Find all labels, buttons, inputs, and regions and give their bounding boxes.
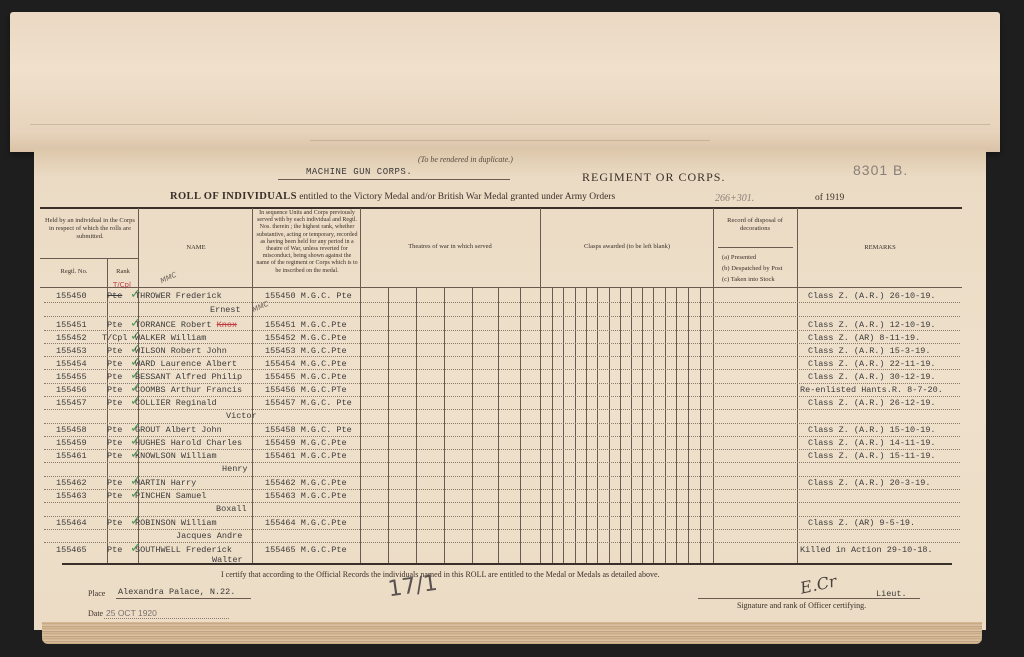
signature-caption: Signature and rank of Officer certifying… — [737, 601, 866, 610]
reference-number: 8301 B. — [853, 162, 908, 178]
units-served: 155455 M.G.C.Pte — [265, 372, 347, 382]
officer-rank: Lieut. — [876, 589, 907, 599]
regtl-no: 155464 — [56, 518, 87, 528]
header-disposal-a: (a) Presented — [722, 254, 756, 262]
table-row: 155459 Pte ✓ HUGHES Harold Charles 15545… — [40, 438, 970, 450]
regtl-no: 155459 — [56, 438, 87, 448]
remarks: Class Z. (A.R.) 30-12-19. — [808, 372, 936, 382]
held-by-subrule — [40, 258, 138, 259]
place-label: Place — [88, 589, 105, 598]
name: COOMBS Arthur Francis — [135, 385, 242, 395]
struck-middle-name: Knox — [217, 320, 237, 330]
table-row: 155461 Pte ✓ KNOWLSON William 155461 M.G… — [40, 451, 970, 463]
units-served: 155463 M.G.C.Pte — [265, 491, 347, 501]
row-guide — [44, 316, 960, 317]
place-underline — [116, 598, 251, 599]
remarks: Class Z. (A.R.) 14-11-19. — [808, 438, 936, 448]
roll-title-rest: entitled to the Victory Medal and/or Bri… — [299, 192, 615, 202]
table-row: 155458 Pte ✓ GROUT Albert John 155458 M.… — [40, 425, 970, 437]
regtl-no: 155452 — [56, 333, 87, 343]
regtl-no: 155463 — [56, 491, 87, 501]
regtl-no: 155461 — [56, 451, 87, 461]
regtl-no: 155457 — [56, 398, 87, 408]
rank: Pte — [107, 320, 122, 330]
roll-title-bold: ROLL OF INDIVIDUALS — [170, 191, 297, 202]
remarks: Class Z. (A.R.) 15-10-19. — [808, 425, 936, 435]
rank: Pte — [107, 291, 122, 301]
regtl-no: 155455 — [56, 372, 87, 382]
table-row: 155457 Pte ✓ COLLIER Reginald 155457 M.G… — [40, 398, 970, 410]
rank-correction-annotation: T/Cpl — [113, 281, 131, 289]
row-guide — [44, 542, 960, 543]
rank: Pte — [107, 372, 122, 382]
regiment-label: REGIMENT OR CORPS. — [582, 170, 725, 185]
header-name: NAME — [140, 244, 252, 252]
rank: Pte — [107, 478, 122, 488]
remarks: Class Z. (A.R.) 15-11-19. — [808, 451, 936, 461]
units-served: 155452 M.G.C.Pte — [265, 333, 347, 343]
header-remarks: REMARKS — [800, 244, 960, 252]
header-rank: Rank — [108, 268, 138, 276]
header-bottom-rule — [40, 287, 962, 288]
rank: Pte — [107, 451, 122, 461]
units-served: 155456 M.G.C.PTe — [265, 385, 347, 395]
name: GROUT Albert John — [135, 425, 222, 435]
units-served: 155450 M.G.C. Pte — [265, 291, 352, 301]
header-disposal-b: (b) Despatched by Post — [722, 265, 782, 273]
table-row: 155454 Pte ✓ WARD Laurence Albert 155454… — [40, 359, 970, 371]
name: COLLIER Reginald — [135, 398, 217, 408]
remarks: Class Z. (A.R.) 22-11-19. — [808, 359, 936, 369]
certification-text: I certify that according to the Official… — [221, 570, 660, 579]
table-top-rule — [40, 207, 962, 209]
row-guide — [44, 423, 960, 424]
name: THROWER Frederick — [135, 291, 222, 301]
regtl-no: 155465 — [56, 545, 87, 555]
header-held-by: Held by an individual in the Corps in re… — [44, 217, 136, 240]
rank: Pte — [107, 425, 122, 435]
remarks: Class Z. (A.R.) 12-10-19. — [808, 320, 936, 330]
units-served: 155461 M.G.C.Pte — [265, 451, 347, 461]
units-served: 155464 M.G.C.Pte — [265, 518, 347, 528]
corps-underline — [278, 179, 510, 180]
table-row: 155463 Pte ✓ PINCHEN Samuel 155463 M.G.C… — [40, 491, 970, 503]
rank: Pte — [107, 346, 122, 356]
rank: Pte — [107, 359, 122, 369]
name-continuation: Boxall — [216, 504, 247, 514]
header-theatres: Theatres of war in which served — [362, 243, 538, 251]
remarks: Class Z. (A.R.) 20-3-19. — [808, 478, 930, 488]
regtl-no: 155450 — [56, 291, 87, 301]
units-served: 155453 M.G.C.Pte — [265, 346, 347, 356]
regtl-no: 155458 — [56, 425, 87, 435]
header-regtl-no: Regtl. No. — [44, 268, 104, 276]
units-served: 155458 M.G.C. Pte — [265, 425, 352, 435]
remarks: Class Z. (AR) 9-5-19. — [808, 518, 915, 528]
units-served: 155451 M.G.C.Pte — [265, 320, 347, 330]
table-row: 155456 Pte ✓ COOMBS Arthur Francis 15545… — [40, 385, 970, 397]
name-continuation: Ernest — [210, 305, 241, 315]
rank: Pte — [107, 545, 122, 555]
name: KNOWLSON William — [135, 451, 217, 461]
remarks: Killed in Action 29-10-18. — [800, 545, 933, 555]
name: TORRANCE Robert Knox — [135, 320, 237, 330]
table-row: 155453 Pte ✓ WILSON Robert John 155453 M… — [40, 346, 970, 358]
table-row: 155464 Pte ✓ ROBINSON William 155464 M.G… — [40, 518, 970, 530]
name: BESSANT Alfred Philip — [135, 372, 242, 382]
row-guide — [44, 476, 960, 477]
regtl-no: 155456 — [56, 385, 87, 395]
name: WARD Laurence Albert — [135, 359, 237, 369]
name-continuation: Jacques Andre — [176, 531, 242, 541]
regtl-no: 155454 — [56, 359, 87, 369]
units-served: 155465 M.G.C.Pte — [265, 545, 347, 555]
date-underline — [104, 618, 229, 619]
name: PINCHEN Samuel — [135, 491, 206, 501]
rank: T/Cpl — [102, 333, 128, 343]
header-disposal-c: (c) Taken into Stock — [722, 276, 775, 284]
name: WALKER William — [135, 333, 206, 343]
table-row: 155450 Pte ✓ THROWER Frederick 155450 M.… — [40, 291, 970, 303]
regtl-no: 155453 — [56, 346, 87, 356]
bleed-through-rule — [30, 124, 990, 125]
bleed-through-rule — [310, 140, 710, 141]
place-value: Alexandra Palace, N.22. — [118, 587, 235, 597]
year-label: of 1919 — [815, 193, 844, 203]
name: ROBINSON William — [135, 518, 217, 528]
corps-name: MACHINE GUN CORPS. — [306, 167, 412, 177]
count-note: 266+301. — [715, 193, 754, 204]
units-served: 155454 M.G.C.Pte — [265, 359, 347, 369]
remarks: Class Z. (A.R.) 26-10-19. — [808, 291, 936, 301]
header-clasps: Clasps awarded (to be left blank) — [542, 243, 712, 251]
units-served: 155459 M.G.C.Pte — [265, 438, 347, 448]
table-row: 155462 Pte ✓ MARTIN Harry 155462 M.G.C.P… — [40, 478, 970, 490]
name: MARTIN Harry — [135, 478, 196, 488]
remarks: Class Z. (A.R.) 15-3-19. — [808, 346, 930, 356]
rank: Pte — [107, 438, 122, 448]
name-continuation: Henry — [222, 464, 248, 474]
rank: Pte — [107, 385, 122, 395]
disposal-subrule — [718, 247, 793, 248]
remarks: Class Z. (A.R.) 26-12-19. — [808, 398, 936, 408]
table-bottom-rule — [62, 563, 952, 565]
name: HUGHES Harold Charles — [135, 438, 242, 448]
duplicate-note: (To be rendered in duplicate.) — [418, 155, 513, 164]
header-disposal: Record of disposal of decorations — [716, 217, 794, 233]
table-row: 155452 T/Cpl ✓ WALKER William 155452 M.G… — [40, 333, 970, 345]
regtl-no: 155451 — [56, 320, 87, 330]
name-text: TORRANCE Robert — [135, 320, 212, 330]
name: SOUTHWELL Frederick — [135, 545, 232, 555]
name-continuation: Walter — [212, 555, 243, 565]
remarks: Class Z. (AR) 8-11-19. — [808, 333, 920, 343]
table-row: 155465 Pte ✓ SOUTHWELL Frederick 155465 … — [40, 545, 970, 557]
name: WILSON Robert John — [135, 346, 227, 356]
rank: Pte — [107, 518, 122, 528]
previous-page — [10, 12, 1000, 152]
table-row: 155455 Pte ✓ BESSANT Alfred Philip 15545… — [40, 372, 970, 384]
units-served: 155457 M.G.C. Pte — [265, 398, 352, 408]
roll-title: ROLL OF INDIVIDUALS entitled to the Vict… — [170, 191, 615, 202]
header-units: In sequence Units and Corps previously s… — [256, 210, 358, 275]
date-stamp: 25 OCT 1920 — [106, 608, 157, 618]
name-continuation: Victor — [226, 411, 257, 421]
rank: Pte — [107, 491, 122, 501]
table-row: 155451 Pte ✓ TORRANCE Robert Knox 155451… — [40, 320, 970, 332]
page-stack-edge — [42, 622, 982, 644]
regtl-no: 155462 — [56, 478, 87, 488]
rank: Pte — [107, 398, 122, 408]
date-label: Date — [88, 609, 103, 618]
row-guide — [44, 516, 960, 517]
remarks: Re-enlisted Hants.R. 8-7-20. — [800, 385, 943, 395]
units-served: 155462 M.G.C.Pte — [265, 478, 347, 488]
